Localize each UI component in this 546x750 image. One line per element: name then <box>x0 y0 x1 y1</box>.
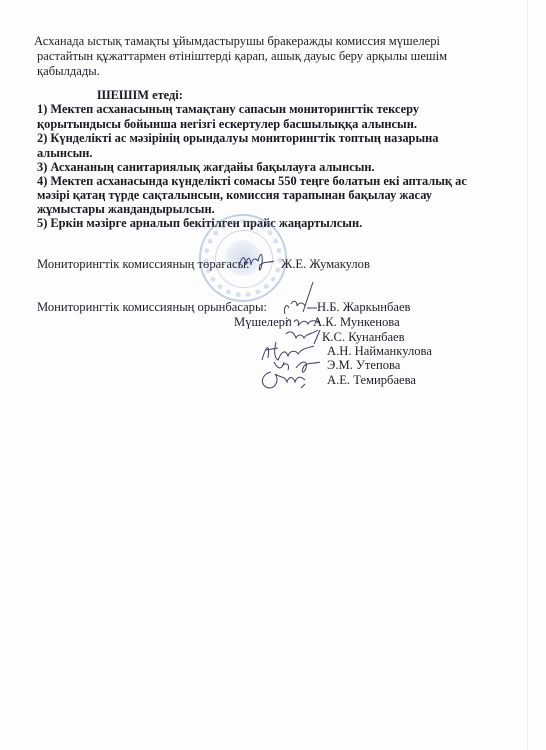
page-edge <box>527 0 528 750</box>
decision-line: 5) Еркін мәзірге арналып бекітілген прай… <box>37 216 362 231</box>
member-signature <box>257 368 309 392</box>
member-name: А.Е. Темирбаева <box>327 373 416 388</box>
member-name: А.Н. Найманкулова <box>327 344 432 359</box>
chairman-role: Мониторингтік комиссияның төрағасы: <box>37 257 250 272</box>
intro-line: қабылдады. <box>37 64 100 79</box>
decision-line: 4) Мектеп асханасында күнделікті сомасы … <box>37 174 467 189</box>
decision-line: жұмыстары жандандырылсын. <box>37 202 215 217</box>
decision-line: 3) Асхананың санитариялық жағдайы бақыла… <box>37 160 375 175</box>
decision-line: алынсын. <box>37 146 92 161</box>
deputy-role: Мониторингтік комиссияның орынбасары: <box>37 300 267 315</box>
chairman-name: Ж.Е. Жумакулов <box>281 257 370 272</box>
member-name: А.К. Мункенова <box>313 315 400 330</box>
intro-line: растайтын құжаттармен өтініштерді қарап,… <box>37 49 447 64</box>
decision-line: қорытындысы бойынша негізгі ескертулер б… <box>37 117 417 132</box>
decision-heading: ШЕШІМ етеді: <box>97 88 183 103</box>
intro-line: Асханада ыстық тамақты ұйымдастырушы бра… <box>34 34 440 49</box>
decision-line: 2) Күнделікті ас мәзірінің орындалуы мон… <box>37 131 438 146</box>
decision-line: мәзірі қатаң түрде сақталынсын, комиссия… <box>37 188 432 203</box>
deputy-name: Н.Б. Жаркынбаев <box>317 300 410 315</box>
deputy-signature <box>277 278 321 318</box>
member-name: Э.М. Утепова <box>327 358 400 373</box>
chairman-signature <box>236 249 276 275</box>
decision-line: 1) Мектеп асханасының тамақтану сапасын … <box>37 102 419 117</box>
member-name: К.С. Кунанбаев <box>322 330 405 345</box>
